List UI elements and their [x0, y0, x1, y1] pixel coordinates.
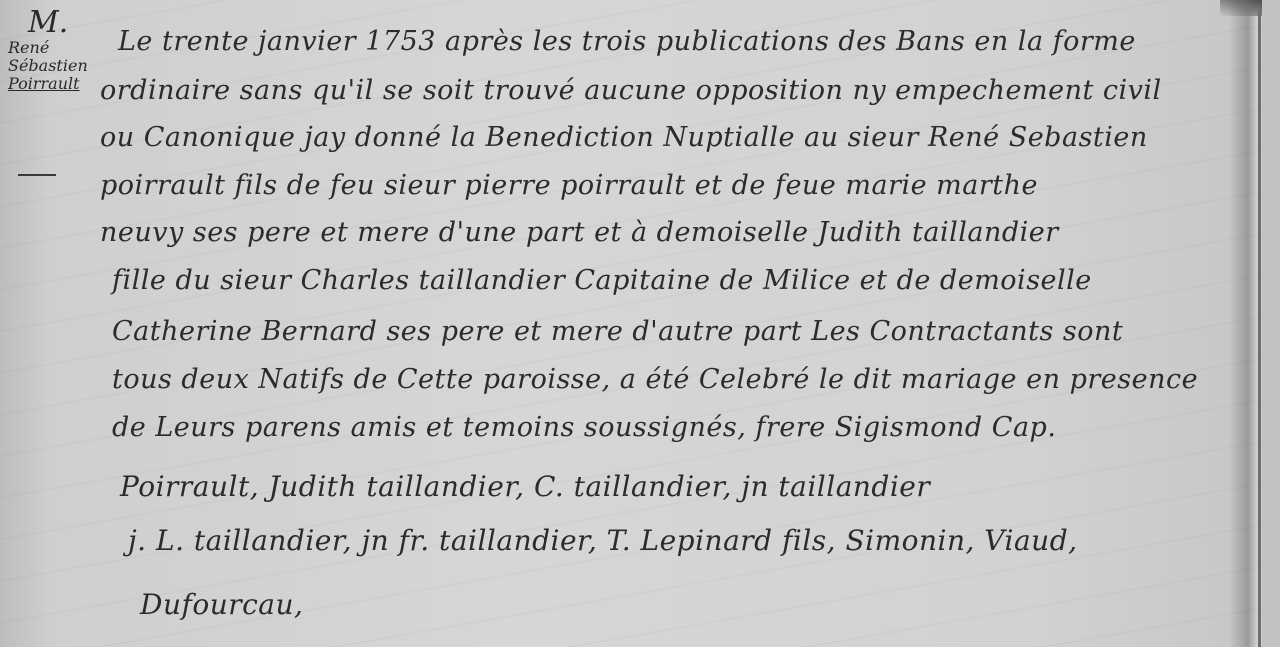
margin-abbreviation: M. — [28, 8, 118, 38]
margin-dash — [18, 174, 56, 176]
signature-line-3: Dufourcau, — [140, 588, 303, 621]
adjacent-page-edge — [1262, 0, 1280, 647]
register-page: M. René Sébastien Poirrault Le trente ja… — [0, 0, 1262, 647]
text-line-4: poirrault fils de feu sieur pierre poirr… — [100, 170, 1038, 201]
signature-line-1: Poirrault, Judith taillandier, C. tailla… — [120, 470, 930, 503]
signature-line-2: j. L. taillandier, jn fr. taillandier, T… — [128, 524, 1078, 557]
text-line-9: de Leurs parens amis et temoins soussign… — [112, 412, 1056, 443]
margin-first-name-2: Sébastien — [8, 58, 118, 74]
text-line-3: ou Canonique jay donné la Benediction Nu… — [100, 122, 1148, 153]
text-line-7: Catherine Bernard ses pere et mere d'aut… — [112, 316, 1123, 347]
text-line-1: Le trente janvier 1753 après les trois p… — [118, 26, 1136, 57]
text-line-2: ordinaire sans qu'il se soit trouvé aucu… — [100, 75, 1162, 106]
text-line-6: fille du sieur Charles taillandier Capit… — [112, 265, 1092, 296]
margin-first-name-1: René — [8, 40, 118, 56]
book-gutter — [1258, 10, 1261, 647]
text-line-5: neuvy ses pere et mere d'une part et à d… — [100, 217, 1059, 248]
text-line-8: tous deux Natifs de Cette paroisse, a ét… — [112, 364, 1198, 395]
